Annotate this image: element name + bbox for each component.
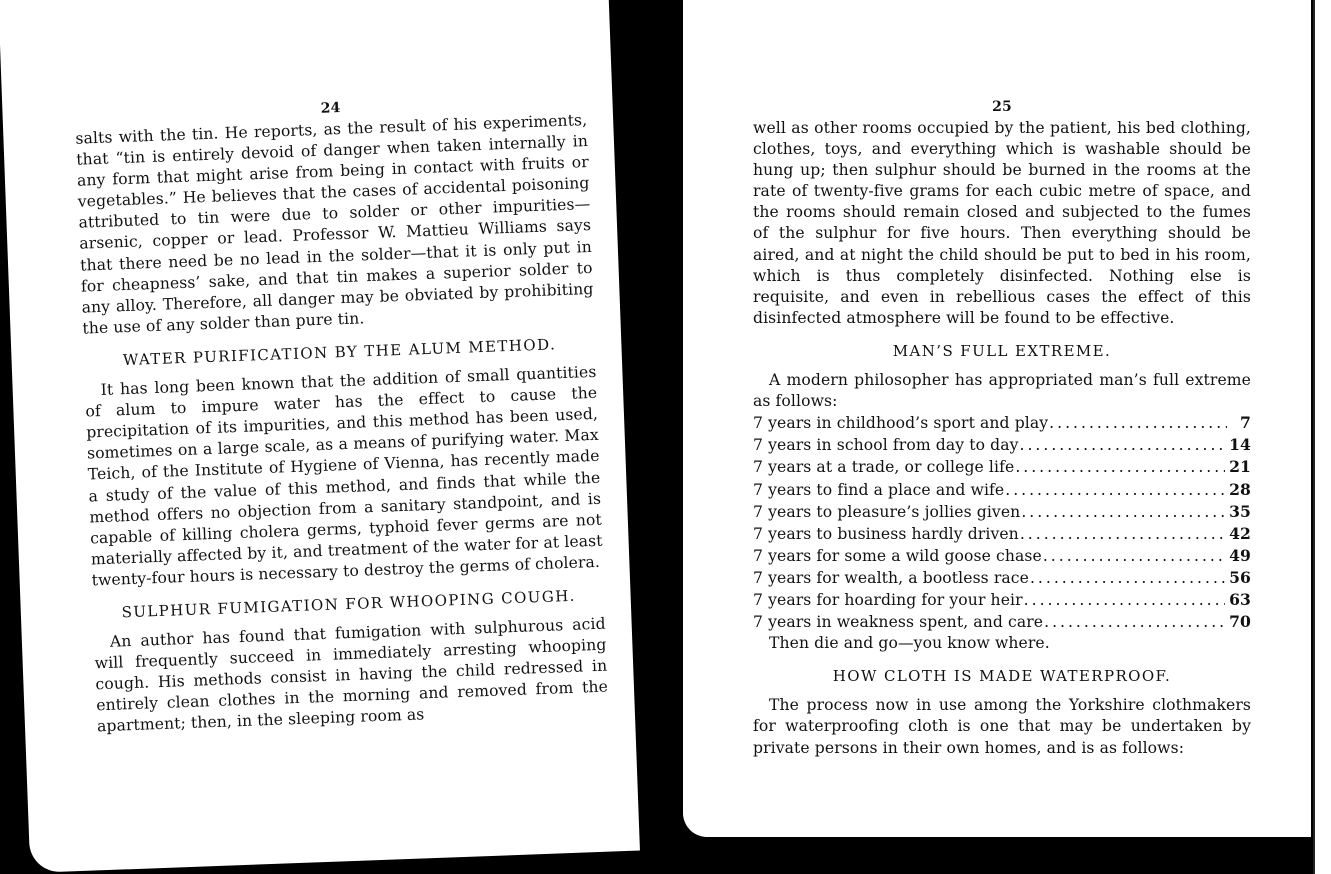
list-item-age: 28 (1229, 479, 1251, 500)
list-item: 7 years in childhood’s sport and play7 (753, 412, 1251, 434)
list-item-label: 7 years to find a place and wife (753, 480, 1004, 501)
list-item: 7 years for some a wild goose chase49 (753, 545, 1251, 567)
list-item-age: 14 (1229, 434, 1251, 455)
paragraph-continued: well as other rooms occupied by the pati… (753, 118, 1251, 329)
list-item-age: 63 (1229, 589, 1251, 610)
right-page: 25 well as other rooms occupied by the p… (683, 0, 1311, 837)
list-item-label: 7 years in childhood’s sport and play (753, 413, 1048, 434)
paragraph-sulphur-fumigation: An author has found that fumigation with… (94, 614, 610, 738)
dot-leader (1049, 413, 1227, 434)
list-item-age: 42 (1229, 523, 1251, 544)
list-item-age: 70 (1229, 611, 1251, 632)
dot-leader (1043, 546, 1225, 567)
list-item: 7 years in weakness spent, and care70 (753, 611, 1251, 633)
list-item: 7 years to find a place and wife28 (753, 479, 1251, 501)
dot-leader (1015, 457, 1225, 478)
right-page-text: 25 well as other rooms occupied by the p… (753, 96, 1251, 759)
list-item: 7 years to pleasure’s jollies given35 (753, 501, 1251, 523)
list-item-age: 49 (1229, 545, 1251, 566)
dot-leader (1020, 435, 1226, 456)
ages-list: 7 years in childhood’s sport and play77 … (753, 412, 1251, 633)
section-heading-waterproof: HOW CLOTH IS MADE WATERPROOF. (753, 666, 1251, 687)
list-item: 7 years to business hardly driven42 (753, 523, 1251, 545)
list-item-label: 7 years for hoarding for your heir (753, 590, 1023, 611)
closing-line: Then die and go—you know where. (753, 633, 1251, 654)
left-page: 24 salts with the tin. He reports, as th… (0, 0, 640, 873)
page-edge (1313, 0, 1331, 874)
list-item: 7 years for hoarding for your heir63 (753, 589, 1251, 611)
list-item: 7 years at a trade, or college life21 (753, 456, 1251, 478)
list-item-label: 7 years to pleasure’s jollies given (753, 502, 1020, 523)
list-item-age: 35 (1229, 501, 1251, 522)
list-item-label: 7 years in weakness spent, and care (753, 612, 1043, 633)
paragraph-extreme-intro: A modern philosopher has appropriated ma… (753, 370, 1251, 412)
list-item: 7 years for wealth, a bootless race56 (753, 567, 1251, 589)
dot-leader (1030, 568, 1225, 589)
list-item: 7 years in school from day to day14 (753, 434, 1251, 456)
list-item-age: 7 (1231, 412, 1251, 433)
dot-leader (1021, 502, 1225, 523)
left-page-text: 24 salts with the tin. He reports, as th… (74, 88, 609, 738)
paragraph-continued: salts with the tin. He reports, as the r… (75, 110, 594, 340)
paragraph-waterproof: The process now in use among the Yorkshi… (753, 695, 1251, 758)
dot-leader (1044, 612, 1225, 633)
paragraph-water-purification: It has long been known that the addition… (84, 362, 603, 592)
list-item-age: 21 (1229, 456, 1251, 477)
list-item-age: 56 (1229, 567, 1251, 588)
dot-leader (1005, 480, 1225, 501)
section-heading-mans-full-extreme: MAN’S FULL EXTREME. (753, 341, 1251, 362)
dot-leader (1024, 590, 1225, 611)
list-item-label: 7 years in school from day to day (753, 435, 1019, 456)
page-number: 25 (753, 96, 1251, 118)
list-item-label: 7 years for wealth, a bootless race (753, 568, 1029, 589)
list-item-label: 7 years for some a wild goose chase (753, 546, 1042, 567)
list-item-label: 7 years to business hardly driven (753, 524, 1019, 545)
dot-leader (1020, 524, 1225, 545)
list-item-label: 7 years at a trade, or college life (753, 457, 1014, 478)
